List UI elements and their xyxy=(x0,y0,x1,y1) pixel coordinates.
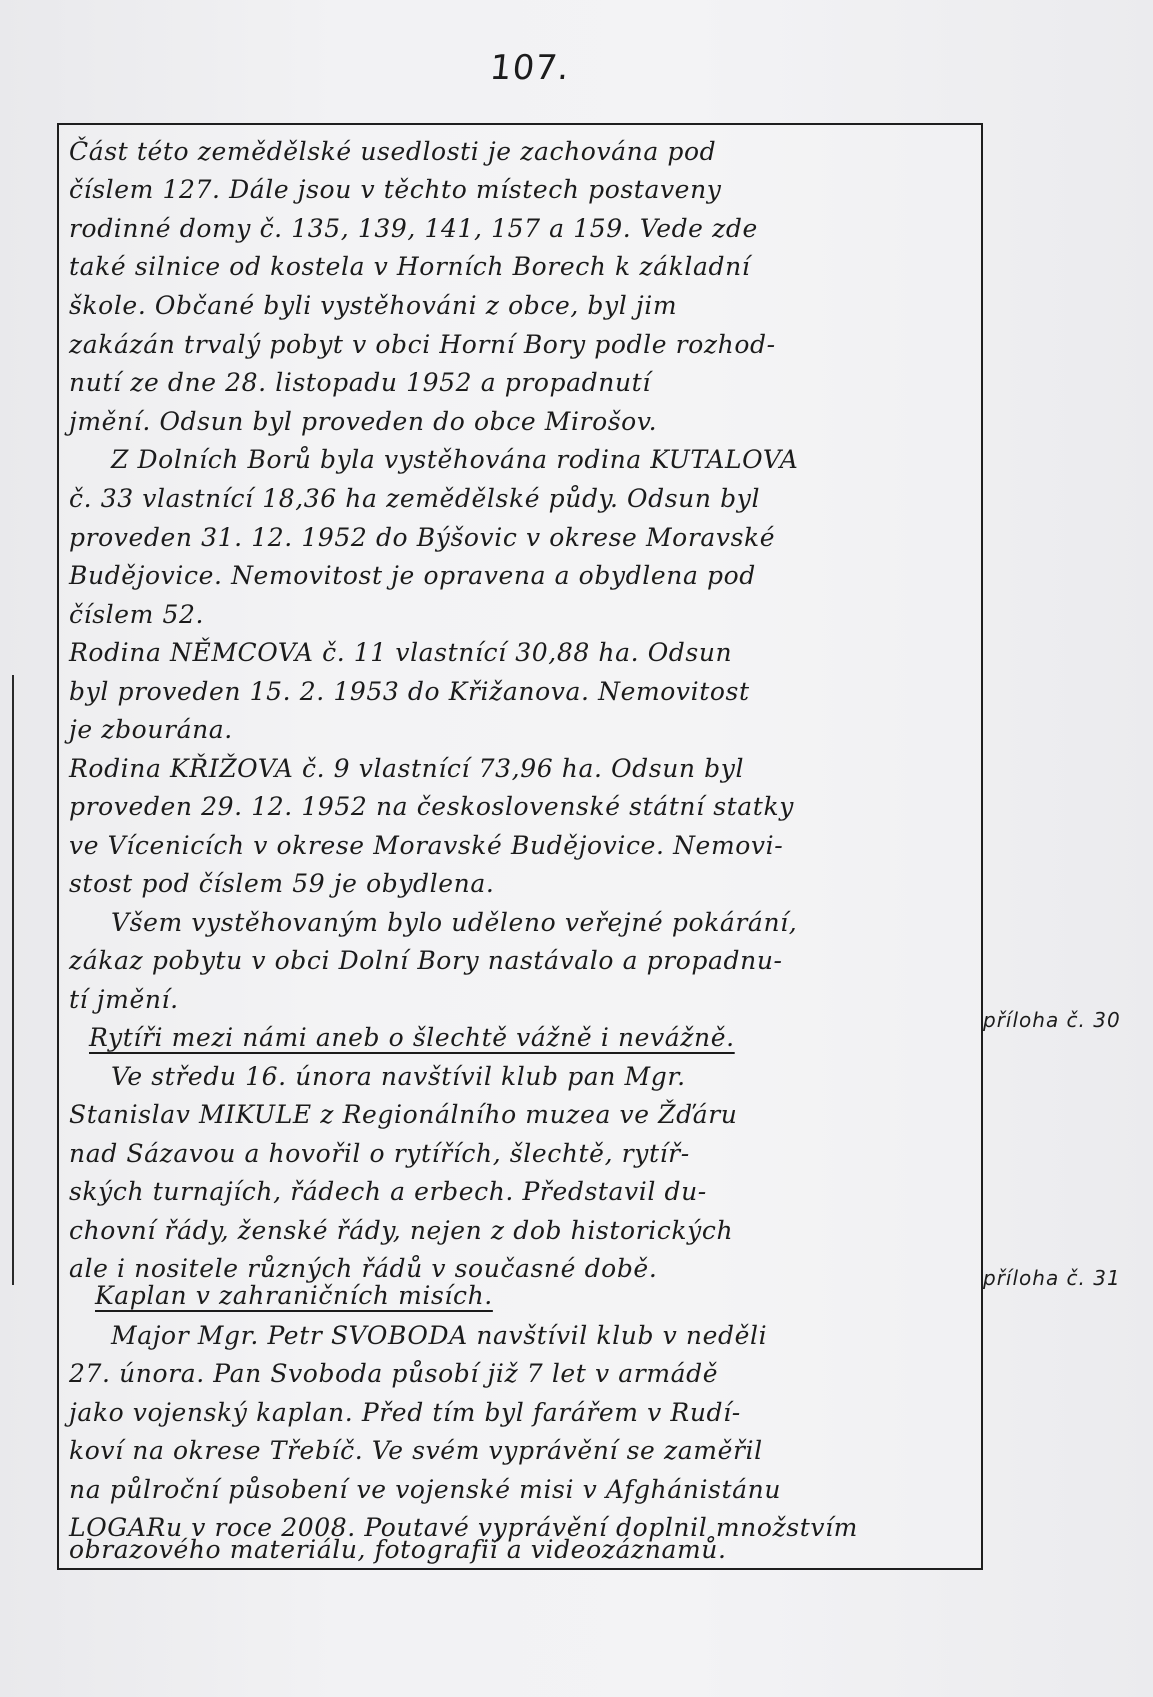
text-line: Stanislav MIKULE z Regionálního muzea ve… xyxy=(69,1100,738,1130)
text-line: Z Dolních Borů byla vystěhována rodina K… xyxy=(111,445,798,475)
section-heading-chaplain: Kaplan v zahraničních misích. xyxy=(95,1281,493,1311)
section-heading-knights: Rytíři mezi námi aneb o šlechtě vážně i … xyxy=(89,1023,735,1053)
text-line: je zbourána. xyxy=(69,715,233,745)
text-line: Major Mgr. Petr SVOBODA navštívil klub v… xyxy=(111,1321,767,1351)
text-line: rodinné domy č. 135, 139, 141, 157 a 159… xyxy=(69,214,758,244)
text-line: nad Sázavou a hovořil o rytířích, šlecht… xyxy=(69,1139,690,1169)
text-line: číslem 52. xyxy=(69,600,204,630)
text-line: škole. Občané byli vystěhováni z obce, b… xyxy=(69,291,677,321)
text-line: jako vojenský kaplan. Před tím byl farář… xyxy=(69,1398,741,1428)
attachment-note-30: příloha č. 30 xyxy=(983,1008,1121,1032)
text-line: koví na okrese Třebíč. Ve svém vyprávění… xyxy=(69,1436,763,1466)
text-line: byl proveden 15. 2. 1953 do Křižanova. N… xyxy=(69,677,750,707)
text-line: ských turnajích, řádech a erbech. Předst… xyxy=(69,1177,707,1207)
page-number: 107. xyxy=(488,48,572,88)
text-line: ale i nositele různých řádů v současné d… xyxy=(69,1254,657,1284)
text-line: obrazového materiálu, fotografií a video… xyxy=(69,1535,727,1565)
text-line: také silnice od kostela v Horních Borech… xyxy=(69,252,750,282)
text-line: Všem vystěhovaným bylo uděleno veřejné p… xyxy=(111,908,797,938)
text-line: ve Vícenicích v okrese Moravské Budějovi… xyxy=(69,831,783,861)
text-line: chovní řády, ženské řády, nejen z dob hi… xyxy=(69,1216,733,1246)
text-line: Rodina NĚMCOVA č. 11 vlastnící 30,88 ha.… xyxy=(69,638,732,668)
handwritten-text-box: Část této zemědělské usedlosti je zachov… xyxy=(57,123,983,1570)
text-line: zakázán trvalý pobyt v obci Horní Bory p… xyxy=(69,330,776,360)
text-line: číslem 127. Dále jsou v těchto místech p… xyxy=(69,175,722,205)
text-line: č. 33 vlastnící 18,36 ha zemědělské půdy… xyxy=(69,484,760,514)
text-line: tí jmění. xyxy=(69,985,179,1015)
margin-marker-line xyxy=(12,675,14,1285)
text-line: Část této zemědělské usedlosti je zachov… xyxy=(69,137,716,167)
text-line: proveden 31. 12. 1952 do Býšovic v okres… xyxy=(69,523,775,553)
text-line: Rodina KŘIŽOVA č. 9 vlastnící 73,96 ha. … xyxy=(69,754,744,784)
text-line: Budějovice. Nemovitost je opravena a oby… xyxy=(69,561,756,591)
text-line: Ve středu 16. února navštívil klub pan M… xyxy=(111,1062,686,1092)
text-line: proveden 29. 12. 1952 na československé … xyxy=(69,792,794,822)
attachment-note-31: příloha č. 31 xyxy=(983,1266,1121,1290)
text-line: stost pod číslem 59 je obydlena. xyxy=(69,869,494,899)
text-line: nutí ze dne 28. listopadu 1952 a propadn… xyxy=(69,368,651,398)
text-line: na půlroční působení ve vojenské misi v … xyxy=(69,1475,781,1505)
text-line: jmění. Odsun byl proveden do obce Mirošo… xyxy=(69,407,657,437)
text-line: 27. února. Pan Svoboda působí již 7 let … xyxy=(69,1359,718,1389)
text-line: zákaz pobytu v obci Dolní Bory nastávalo… xyxy=(69,946,783,976)
